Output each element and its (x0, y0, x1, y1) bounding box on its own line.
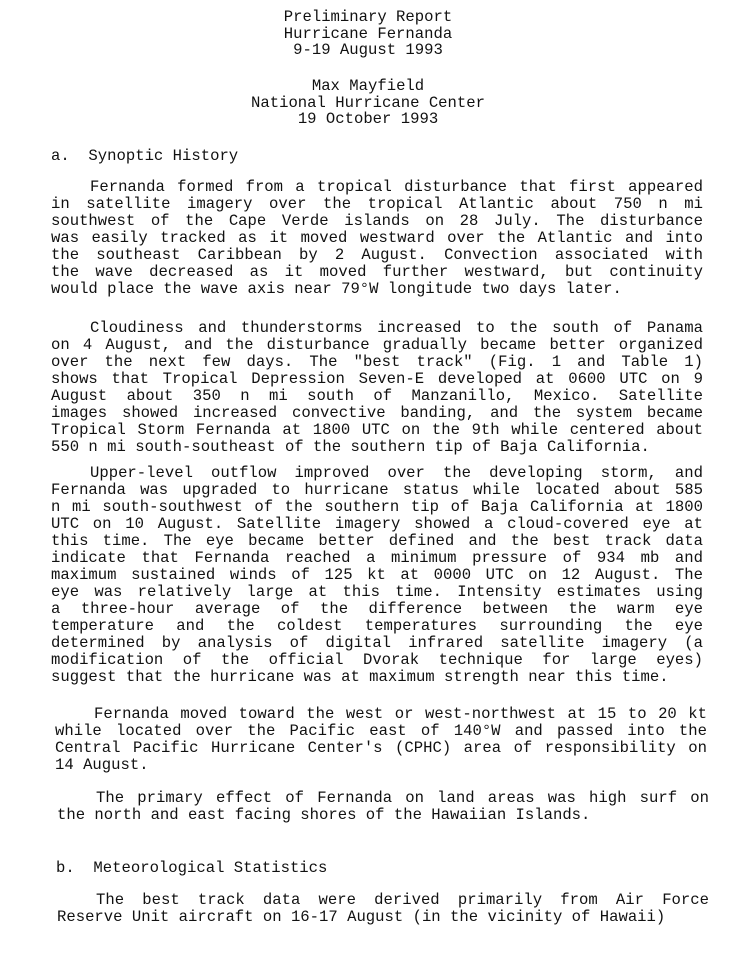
text-line: 550 n mi south-southeast of the southern… (51, 439, 703, 456)
paragraph-formation: Fernanda formed from a tropical disturba… (51, 179, 703, 298)
text-line: southwest of the Cape Verde islands on 2… (51, 213, 703, 230)
paragraph-development: Cloudiness and thunderstorms increased t… (51, 320, 703, 456)
text-line: Fernanda moved toward the west or west-n… (55, 706, 707, 723)
text-line: eye was relatively large at this time. I… (51, 584, 703, 601)
text-line: shows that Tropical Depression Seven-E d… (51, 371, 703, 388)
storm-dates: 9-19 August 1993 (0, 42, 736, 59)
text-line: the wave decreased as it moved further w… (51, 264, 703, 281)
text-line: Central Pacific Hurricane Center's (CPHC… (55, 740, 707, 757)
text-line: on 4 August, and the disturbance gradual… (51, 337, 703, 354)
text-line: 14 August. (55, 757, 707, 774)
text-line: Reserve Unit aircraft on 16-17 August (i… (57, 909, 709, 926)
text-line: modification of the official Dvorak tech… (51, 652, 703, 669)
storm-name: Hurricane Fernanda (0, 26, 736, 43)
text-line: a three-hour average of the difference b… (51, 601, 703, 618)
text-line: images showed increased convective bandi… (51, 405, 703, 422)
text-line: August about 350 n mi south of Manzanill… (51, 388, 703, 405)
text-line: Fernanda was upgraded to hurricane statu… (51, 482, 703, 499)
paragraph-intensification: Upper-level outflow improved over the de… (51, 465, 703, 686)
document-page: Preliminary Report Hurricane Fernanda 9-… (0, 0, 736, 955)
paragraph-land-effects: The primary effect of Fernanda on land a… (57, 790, 709, 824)
text-line: determined by analysis of digital infrar… (51, 635, 703, 652)
text-line: UTC on 10 August. Satellite imagery show… (51, 516, 703, 533)
text-line: over the next few days. The "best track"… (51, 354, 703, 371)
text-line: the southeast Caribbean by 2 August. Con… (51, 247, 703, 264)
report-header: Preliminary Report Hurricane Fernanda 9-… (0, 9, 736, 59)
text-line: indicate that Fernanda reached a minimum… (51, 550, 703, 567)
paragraph-best-track-data: The best track data were derived primari… (57, 892, 709, 926)
text-line: The primary effect of Fernanda on land a… (57, 790, 709, 807)
section-heading-meteorological-statistics: b. Meteorological Statistics (56, 860, 327, 877)
author-block: Max Mayfield National Hurricane Center 1… (0, 78, 736, 128)
text-line: temperature and the coldest temperatures… (51, 618, 703, 635)
text-line: The best track data were derived primari… (57, 892, 709, 909)
section-heading-synoptic-history: a. Synoptic History (51, 148, 238, 165)
text-line: Tropical Storm Fernanda at 1800 UTC on t… (51, 422, 703, 439)
text-line: maximum sustained winds of 125 kt at 000… (51, 567, 703, 584)
report-date: 19 October 1993 (0, 111, 736, 128)
report-title: Preliminary Report (0, 9, 736, 26)
text-line: Upper-level outflow improved over the de… (51, 465, 703, 482)
text-line: the north and east facing shores of the … (57, 807, 709, 824)
organization: National Hurricane Center (0, 95, 736, 112)
text-line: in satellite imagery over the tropical A… (51, 196, 703, 213)
text-line: would place the wave axis near 79°W long… (51, 281, 703, 298)
text-line: was easily tracked as it moved westward … (51, 230, 703, 247)
text-line: Cloudiness and thunderstorms increased t… (51, 320, 703, 337)
text-line: n mi south-southwest of the southern tip… (51, 499, 703, 516)
paragraph-movement: Fernanda moved toward the west or west-n… (55, 706, 707, 774)
text-line: this time. The eye became better defined… (51, 533, 703, 550)
text-line: while located over the Pacific east of 1… (55, 723, 707, 740)
author-name: Max Mayfield (0, 78, 736, 95)
text-line: suggest that the hurricane was at maximu… (51, 669, 703, 686)
text-line: Fernanda formed from a tropical disturba… (51, 179, 703, 196)
